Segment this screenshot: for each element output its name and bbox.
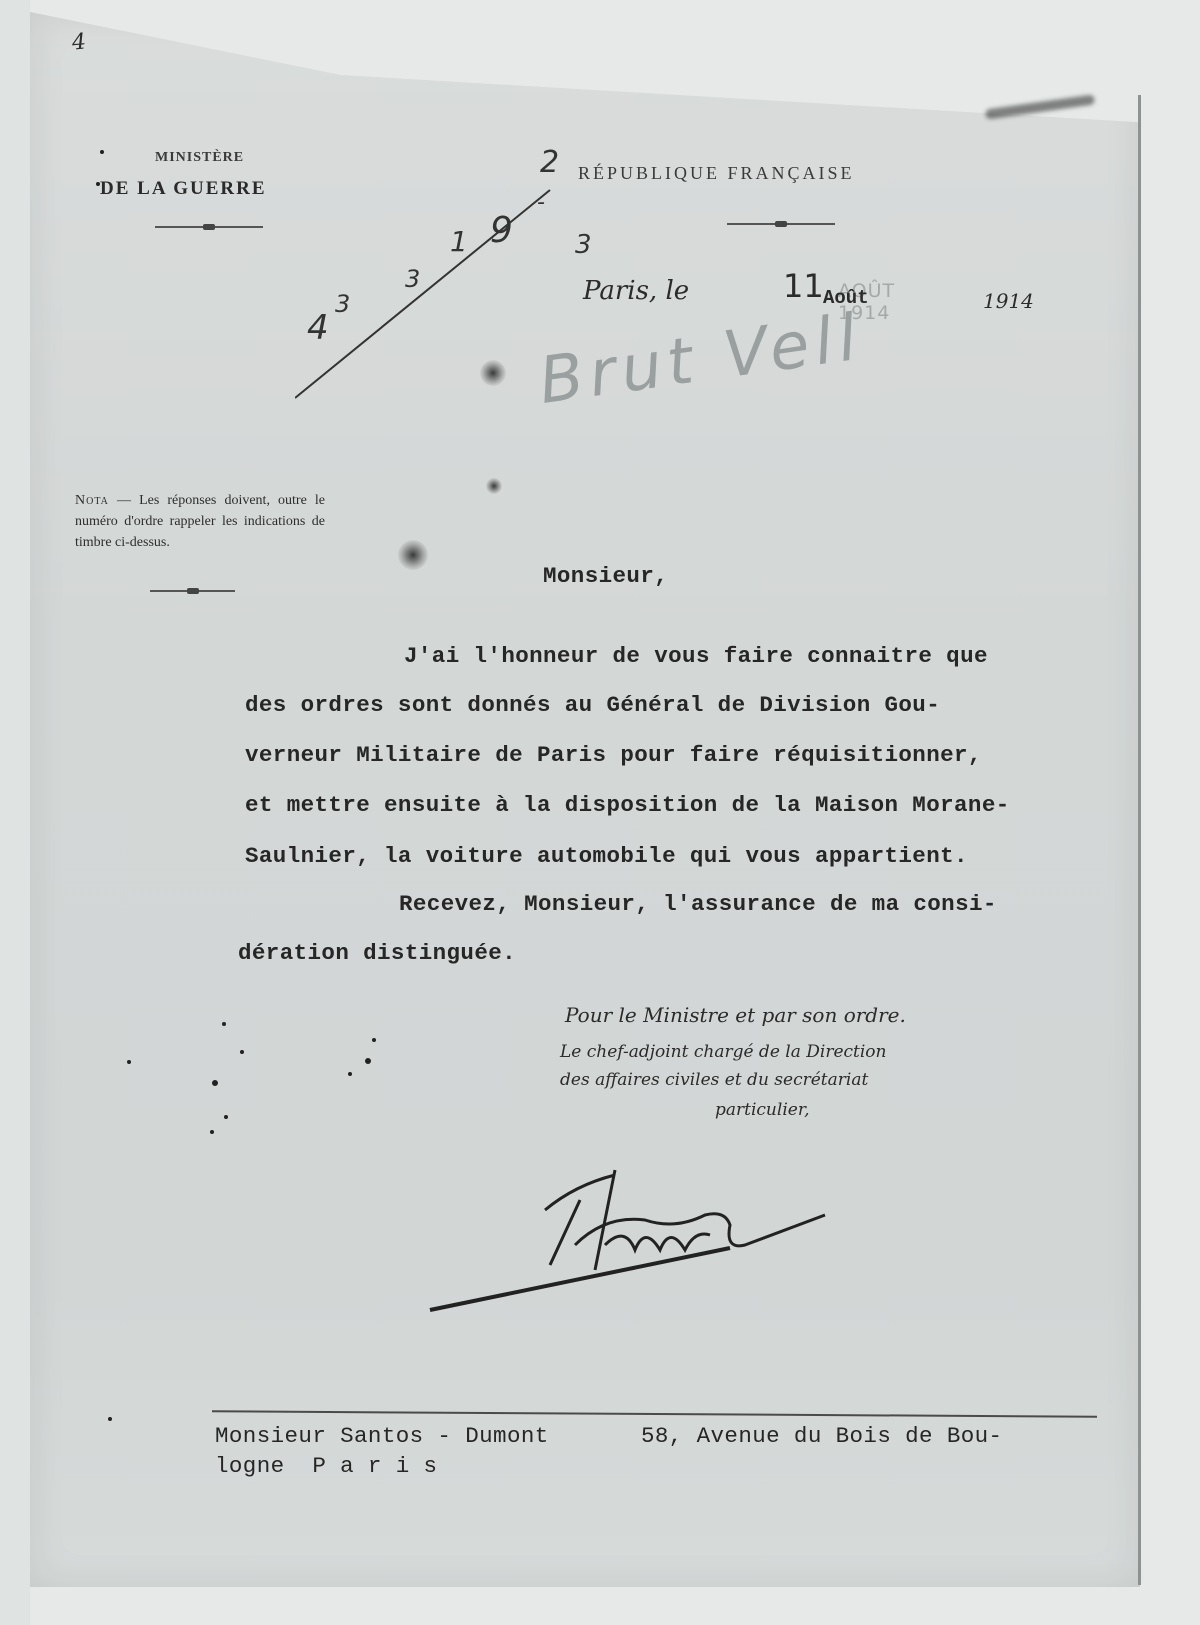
speck xyxy=(372,1038,376,1042)
ink-blot xyxy=(398,540,428,570)
nota-head: Nota xyxy=(75,493,109,508)
speck xyxy=(210,1130,214,1134)
republic-heading: RÉPUBLIQUE FRANÇAISE xyxy=(578,163,855,184)
speck xyxy=(224,1115,228,1119)
speck xyxy=(212,1080,218,1086)
speck xyxy=(222,1022,226,1026)
sheet-edge xyxy=(1138,95,1141,1585)
nota-instructions: Nota — Les réponses doivent, outre le nu… xyxy=(75,490,325,553)
addressee-street: 58, Avenue du Bois de Bou- xyxy=(641,1423,1002,1449)
ministry-name: DE LA GUERRE xyxy=(100,178,267,200)
date-day: 11 xyxy=(783,267,824,305)
addressee-city: logne P a r i s xyxy=(215,1453,437,1479)
speck xyxy=(348,1072,352,1076)
date-place: Paris, le xyxy=(583,276,689,306)
ornament-divider xyxy=(150,590,235,592)
margin-mark: 4 xyxy=(71,29,87,55)
smudge xyxy=(985,94,1095,119)
signature-line: Pour le Ministre et par son ordre. xyxy=(565,1003,906,1027)
speck xyxy=(240,1050,244,1054)
salutation: Monsieur, xyxy=(543,563,668,589)
speck xyxy=(96,182,100,186)
date-line: Paris, le AOÛT 1914 11 Août 1914 xyxy=(583,275,689,307)
speck xyxy=(100,150,104,154)
signature-line: particulier, xyxy=(715,1100,809,1120)
body-line: J'ai l'honneur de vous faire connaitre q… xyxy=(404,643,988,669)
ink-blot xyxy=(480,360,506,386)
body-line: verneur Militaire de Paris pour faire ré… xyxy=(245,742,982,768)
signature xyxy=(425,1160,845,1320)
body-line: Recevez, Monsieur, l'assurance de ma con… xyxy=(399,891,997,917)
body-line: et mettre ensuite à la disposition de la… xyxy=(245,792,1010,818)
speck xyxy=(108,1417,112,1421)
ornament-divider xyxy=(155,226,263,228)
signature-scrawl xyxy=(425,1160,845,1320)
ministry-heading: MINISTÈRE xyxy=(155,150,244,166)
photo-background xyxy=(0,0,30,1625)
date-year: 1914 xyxy=(983,289,1034,313)
body-line: Saulnier, la voiture automobile qui vous… xyxy=(245,843,968,869)
signature-line: des affaires civiles et du secrétariat xyxy=(560,1070,868,1090)
signature-line: Le chef-adjoint chargé de la Direction xyxy=(560,1042,887,1062)
speck xyxy=(127,1060,131,1064)
ink-blot xyxy=(486,478,502,494)
ornament-divider xyxy=(727,223,835,225)
speck xyxy=(365,1058,371,1064)
addressee-name: Monsieur Santos - Dumont xyxy=(215,1423,549,1449)
body-line: des ordres sont donnés au Général de Div… xyxy=(245,692,940,718)
nota-text: — Les réponses doivent, outre le numéro … xyxy=(75,493,325,550)
body-line: dération distinguée. xyxy=(238,940,516,966)
